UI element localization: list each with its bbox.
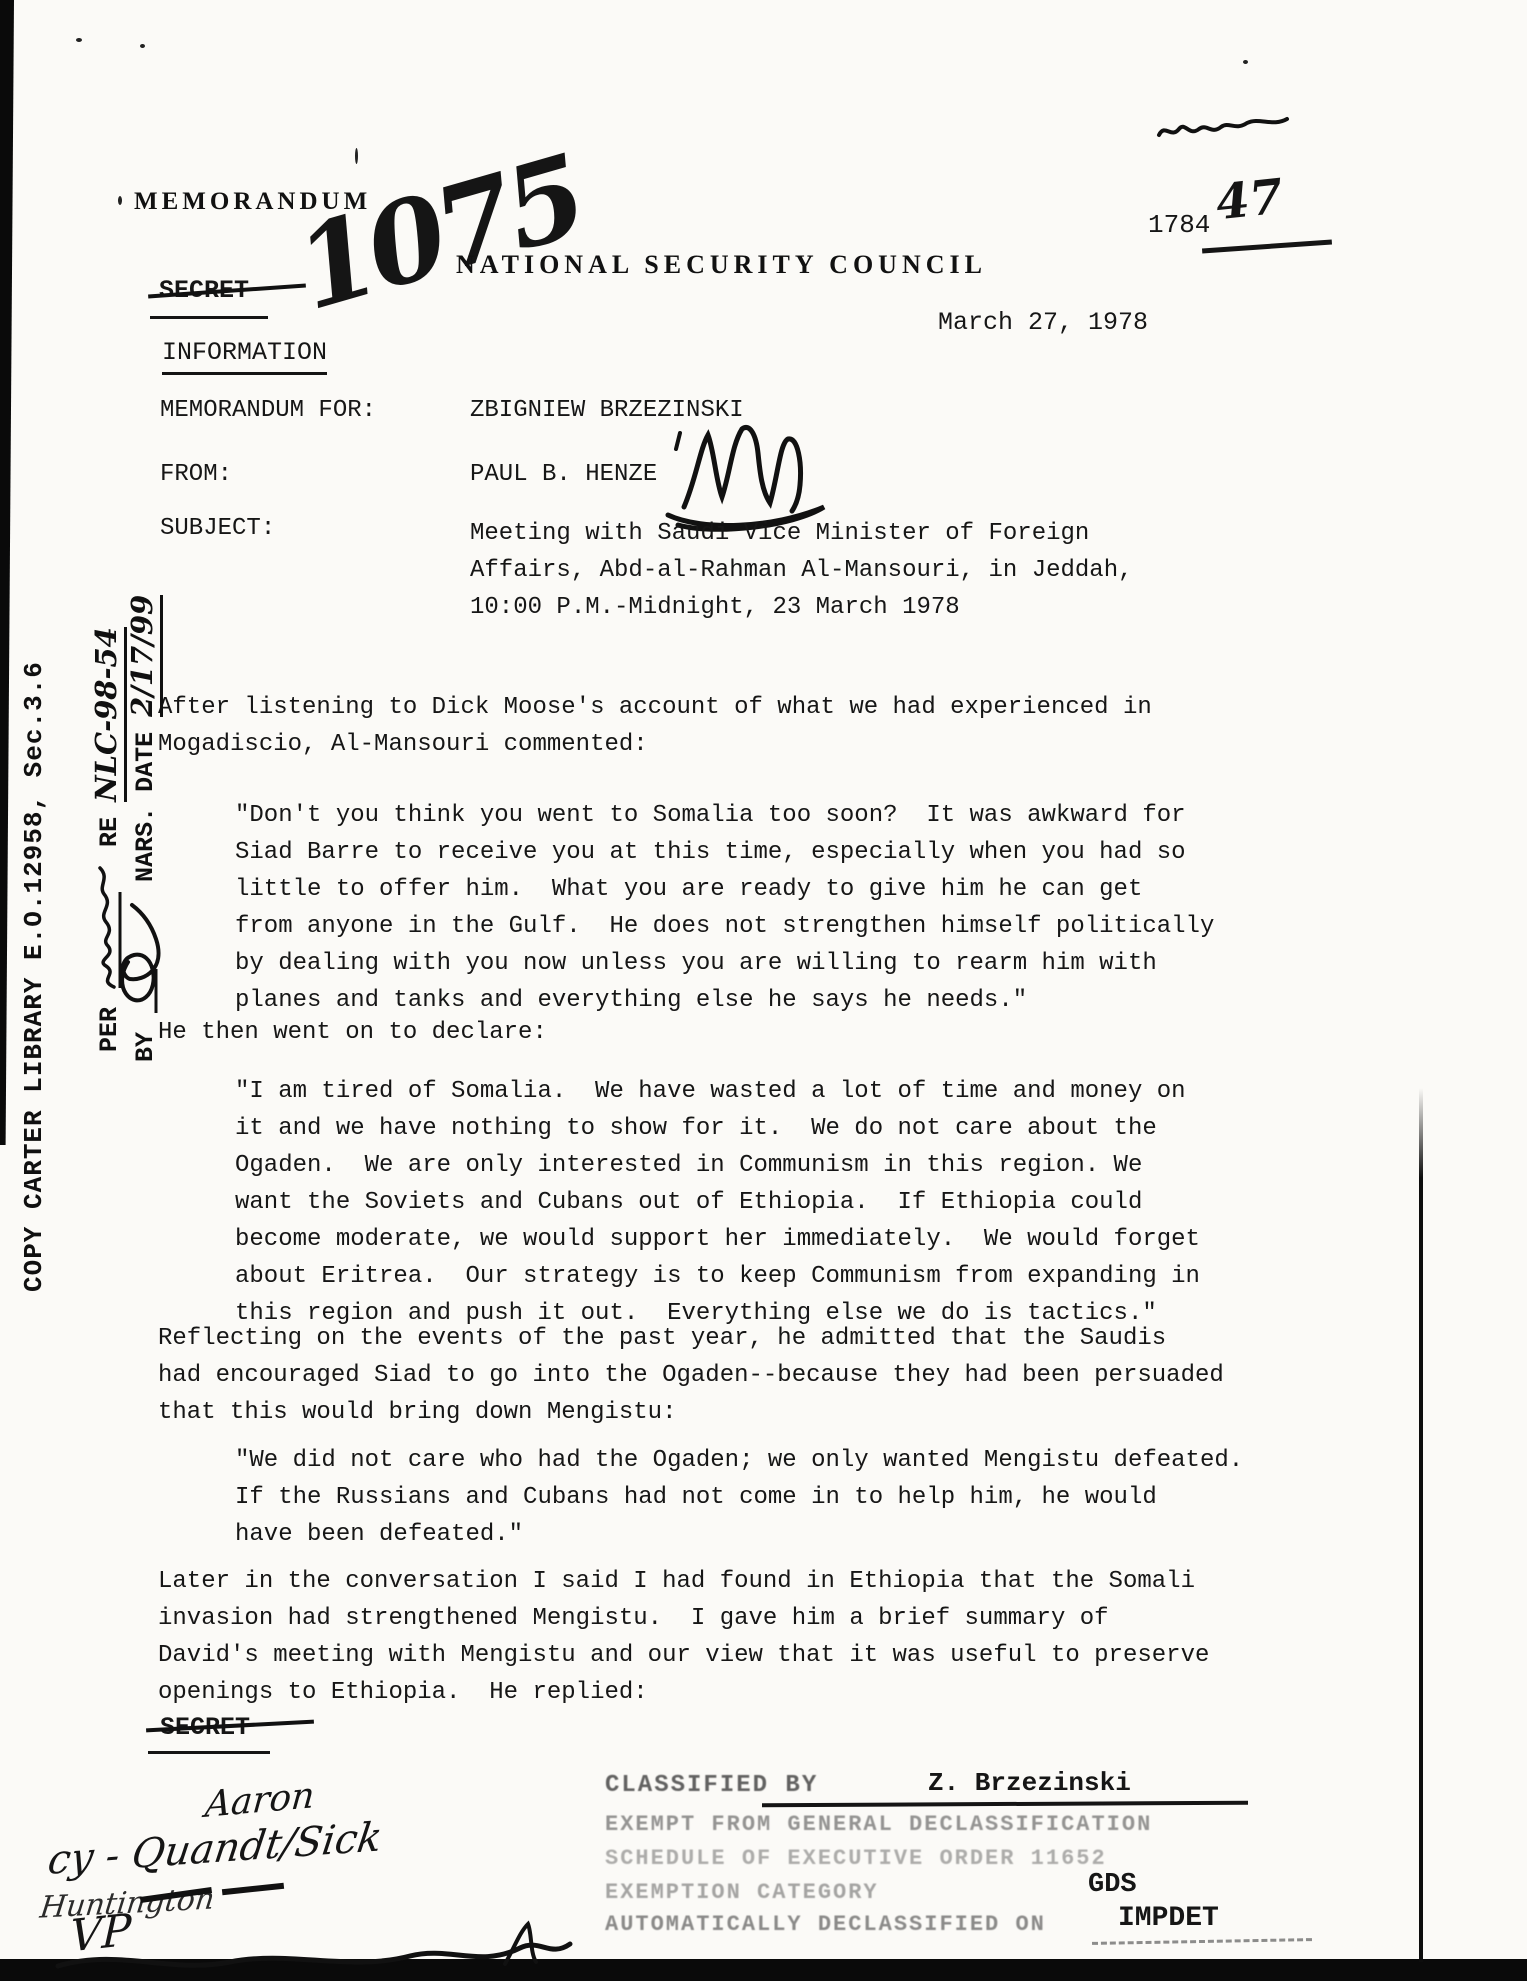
doc-number-typed: 1784: [1148, 210, 1210, 240]
paragraph-2: He then went on to declare:: [158, 1014, 547, 1051]
text-line: Mogadiscio, Al-Mansouri commented:: [158, 726, 1152, 763]
org-title: NATIONAL SECURITY COUNCIL: [456, 250, 987, 280]
scan-speck: [1243, 60, 1248, 64]
paragraph-1: After listening to Dick Moose's account …: [158, 689, 1152, 763]
quote-3: "We did not care who had the Ogaden; we …: [235, 1442, 1243, 1553]
handwritten-page-number: 1075: [283, 131, 596, 336]
margin-stamp-per-label: PER: [95, 1007, 124, 1052]
scan-speck: [76, 38, 82, 42]
text-line: have been defeated.": [235, 1516, 1243, 1553]
text-line: 10:00 P.M.-Midnight, 23 March 1978: [470, 589, 1133, 626]
margin-stamp-line1: COPY CARTER LIBRARY E.O.12958, Sec.3.6: [16, 632, 52, 1292]
doc-number-handwritten: 47: [1213, 169, 1285, 232]
margin-stamp-date-value: 2/17/99: [125, 595, 163, 717]
stamp-signature-line: [762, 1801, 1248, 1808]
text-line: invasion had strengthened Mengistu. I ga…: [158, 1600, 1209, 1637]
memo-document: MEMORANDUM SECRET 1075 NATIONAL SECURITY…: [0, 0, 1527, 1981]
margin-stamp-re-value: NLC-98-54: [89, 627, 127, 802]
paragraph-3: Reflecting on the events of the past yea…: [158, 1320, 1224, 1431]
text-line: "We did not care who had the Ogaden; we …: [235, 1442, 1243, 1479]
margin-declassification-stamp: COPY CARTER LIBRARY E.O.12958, Sec.3.6 P…: [16, 632, 124, 1292]
stamp-impdet-underscribble: [1092, 1938, 1312, 1945]
doc-number-underline: [1202, 239, 1332, 253]
scan-fold-line-right: [1419, 1088, 1423, 1962]
text-line: He then went on to declare:: [158, 1014, 547, 1051]
from-label: FROM:: [160, 461, 232, 488]
handwritten-scribble-bottom: [50, 1918, 670, 1978]
text-line: had encouraged Siad to go into the Ogade…: [158, 1357, 1224, 1394]
text-line: Siad Barre to receive you at this time, …: [235, 834, 1214, 871]
classification-bottom-underline: [148, 1751, 270, 1754]
text-line: little to offer him. What you are ready …: [235, 871, 1214, 908]
from-value: PAUL B. HENZE: [470, 461, 657, 488]
stamp-classified-by-label: CLASSIFIED BY: [605, 1772, 818, 1799]
scan-speck: [140, 44, 145, 48]
quote-2: "I am tired of Somalia. We have wasted a…: [235, 1073, 1200, 1332]
handwritten-by-scrawl: [126, 897, 160, 1017]
stamp-impdet-value: IMPDET: [1118, 1903, 1219, 1934]
text-line: by dealing with you now unless you are w…: [235, 945, 1214, 982]
classification-underline: [150, 316, 268, 319]
subject-lines: Meeting with Saudi Vice Minister of Fore…: [470, 515, 1133, 626]
handwritten-note-1: Aaron: [203, 1775, 316, 1826]
date-line: March 27, 1978: [938, 308, 1148, 337]
text-line: Meeting with Saudi Vice Minister of Fore…: [470, 515, 1133, 552]
paragraph-4: Later in the conversation I said I had f…: [158, 1563, 1209, 1711]
handwritten-per-scrawl: [90, 862, 124, 992]
text-line: Affairs, Abd-al-Rahman Al-Mansouri, in J…: [470, 552, 1133, 589]
handwritten-note-3-strike-2: [222, 1883, 284, 1895]
text-line: become moderate, we would support her im…: [235, 1221, 1200, 1258]
memo-for-label: MEMORANDUM FOR:: [160, 397, 376, 424]
subject-label: SUBJECT:: [160, 515, 275, 542]
text-line: it and we have nothing to show for it. W…: [235, 1110, 1200, 1147]
scan-speck: [355, 148, 358, 164]
margin-stamp-re-label: RE: [95, 817, 124, 847]
text-line: After listening to Dick Moose's account …: [158, 689, 1152, 726]
stamp-declassify-line: AUTOMATICALLY DECLASSIFIED ON: [605, 1912, 1046, 1937]
text-line: "I am tired of Somalia. We have wasted a…: [235, 1073, 1200, 1110]
stamp-classified-by-value: Z. Brzezinski: [928, 1768, 1131, 1798]
margin-stamp-by-label: BY: [131, 1032, 160, 1062]
text-line: Reflecting on the events of the past yea…: [158, 1320, 1224, 1357]
stamp-exempt-line: EXEMPT FROM GENERAL DECLASSIFICATION: [605, 1812, 1152, 1837]
quote-1: "Don't you think you went to Somalia too…: [235, 797, 1214, 1019]
text-line: If the Russians and Cubans had not come …: [235, 1479, 1243, 1516]
text-line: from anyone in the Gulf. He does not str…: [235, 908, 1214, 945]
scan-speck: [118, 196, 122, 205]
text-line: Later in the conversation I said I had f…: [158, 1563, 1209, 1600]
text-line: Ogaden. We are only interested in Commun…: [235, 1147, 1200, 1184]
margin-stamp-nars-label: NARS. DATE: [131, 732, 160, 882]
text-line: about Eritrea. Our strategy is to keep C…: [235, 1258, 1200, 1295]
text-line: want the Soviets and Cubans out of Ethio…: [235, 1184, 1200, 1221]
stamp-category-line: EXEMPTION CATEGORY: [605, 1880, 879, 1905]
text-line: that this would bring down Mengistu:: [158, 1394, 1224, 1431]
text-line: openings to Ethiopia. He replied:: [158, 1674, 1209, 1711]
stamp-schedule-line: SCHEDULE OF EXECUTIVE ORDER 11652: [605, 1846, 1107, 1871]
info-label: INFORMATION: [162, 338, 327, 375]
text-line: David's meeting with Mengistu and our vi…: [158, 1637, 1209, 1674]
handwritten-scribble-top: [1155, 105, 1295, 147]
stamp-gds-value: GDS: [1088, 1870, 1137, 1900]
margin-stamp-line2: PER RE NLC-98-54: [52, 632, 88, 1292]
text-line: "Don't you think you went to Somalia too…: [235, 797, 1214, 834]
scan-edge-bar-left: [0, 0, 14, 1145]
